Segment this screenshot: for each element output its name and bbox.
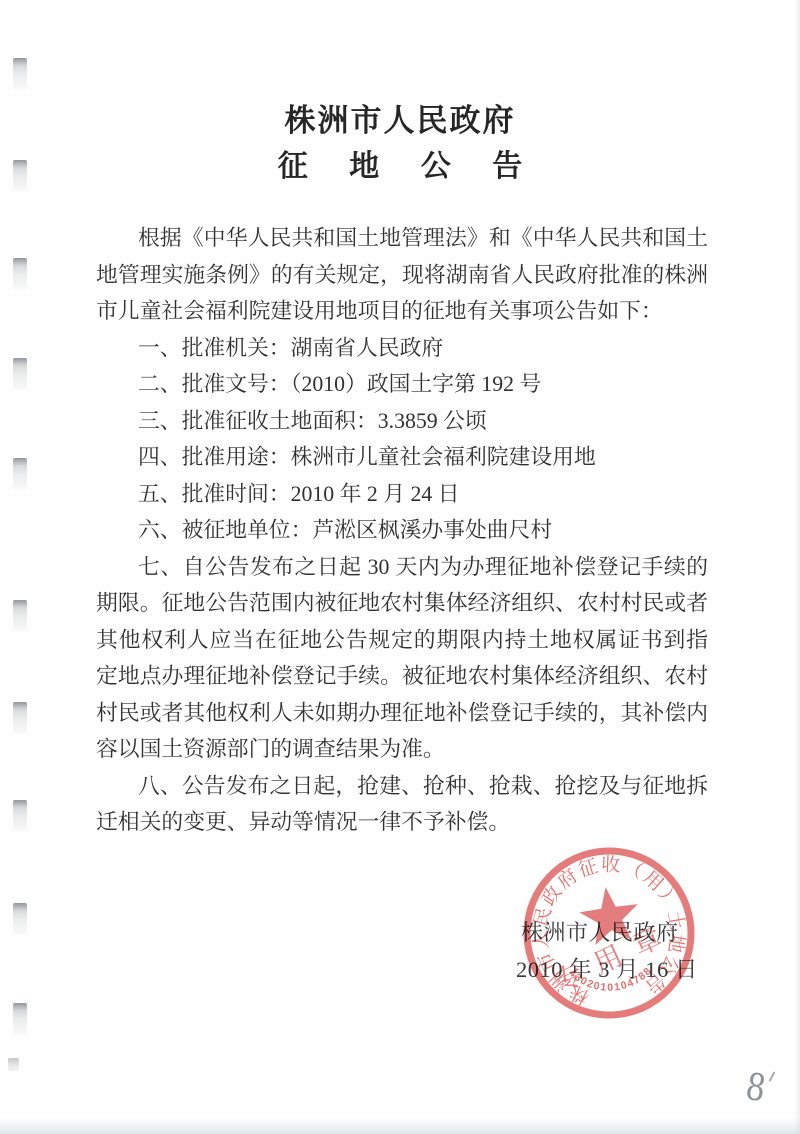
binder-hole-mark [13,258,27,291]
binder-hole-mark [13,58,27,91]
body-line-item-3: 三、批准征收土地面积：3.3859 公顷 [96,403,708,440]
pen-tick-mark [769,1071,775,1081]
document-title-issuer: 株洲市人民政府 [0,95,800,140]
body-line: 期限。征地公告范围内被征地农村集体经济组织、农村村民或者 [96,585,708,622]
body-line-item-2: 二、批准文号：（2010）政国土字第 192 号 [96,366,708,403]
binder-hole-mark [13,702,27,735]
body-line: 村民或者其他权利人未如期办理征地补偿登记手续的，其补偿内 [96,695,708,732]
body-line-item-8: 八、公告发布之日起，抢建、抢种、抢栽、抢挖及与征地拆 [96,768,708,805]
body-line: 地管理实施条例》的有关规定，现将湖南省人民政府批准的株洲 [96,257,708,294]
body-line: 定地点办理征地补偿登记手续。被征地农村集体经济组织、农村 [96,658,708,695]
binder-hole-mark [13,600,27,633]
body-line-item-7: 七、自公告发布之日起 30 天内为办理征地补偿登记手续的 [96,549,708,586]
body-line: 其他权利人应当在征地公告规定的期限内持土地权属证书到指 [96,622,708,659]
binder-hole-mark [8,1058,19,1071]
scan-haze-right [794,0,800,1134]
binder-hole-mark [13,1003,27,1036]
body-line-item-1: 一、批准机关：湖南省人民政府 [96,330,708,367]
binder-hole-mark [13,903,27,936]
handwritten-page-number: 8 [743,1065,769,1110]
binder-hole-mark [13,800,27,833]
official-seal-stamp: 株洲市人民政府征收（用）土地公告 专用章 4302010104788 [496,820,722,1046]
body-line-item-4: 四、批准用途：株洲市儿童社会福利院建设用地 [96,439,708,476]
body-line-item-5: 五、批准时间：2010 年 2 月 24 日 [96,476,708,513]
binder-hole-mark [13,458,27,491]
scanned-document-page: 株洲市人民政府 征 地 公 告 根据《中华人民共和国土地管理法》和《中华人民共和… [0,0,800,1134]
binder-hole-mark [13,358,27,391]
document-title-subject: 征 地 公 告 [0,141,800,185]
body-line: 根据《中华人民共和国土地管理法》和《中华人民共和国土 [96,220,708,257]
body-line: 容以国土资源部门的调查结果为准。 [96,731,708,768]
body-line-item-6: 六、被征地单位：芦淞区枫溪办事处曲尺村 [96,512,708,549]
body-line: 市儿童社会福利院建设用地项目的征地有关事项公告如下： [96,293,708,330]
document-body: 根据《中华人民共和国土地管理法》和《中华人民共和国土 地管理实施条例》的有关规定… [96,220,708,841]
scan-haze-bottom [0,1118,800,1134]
